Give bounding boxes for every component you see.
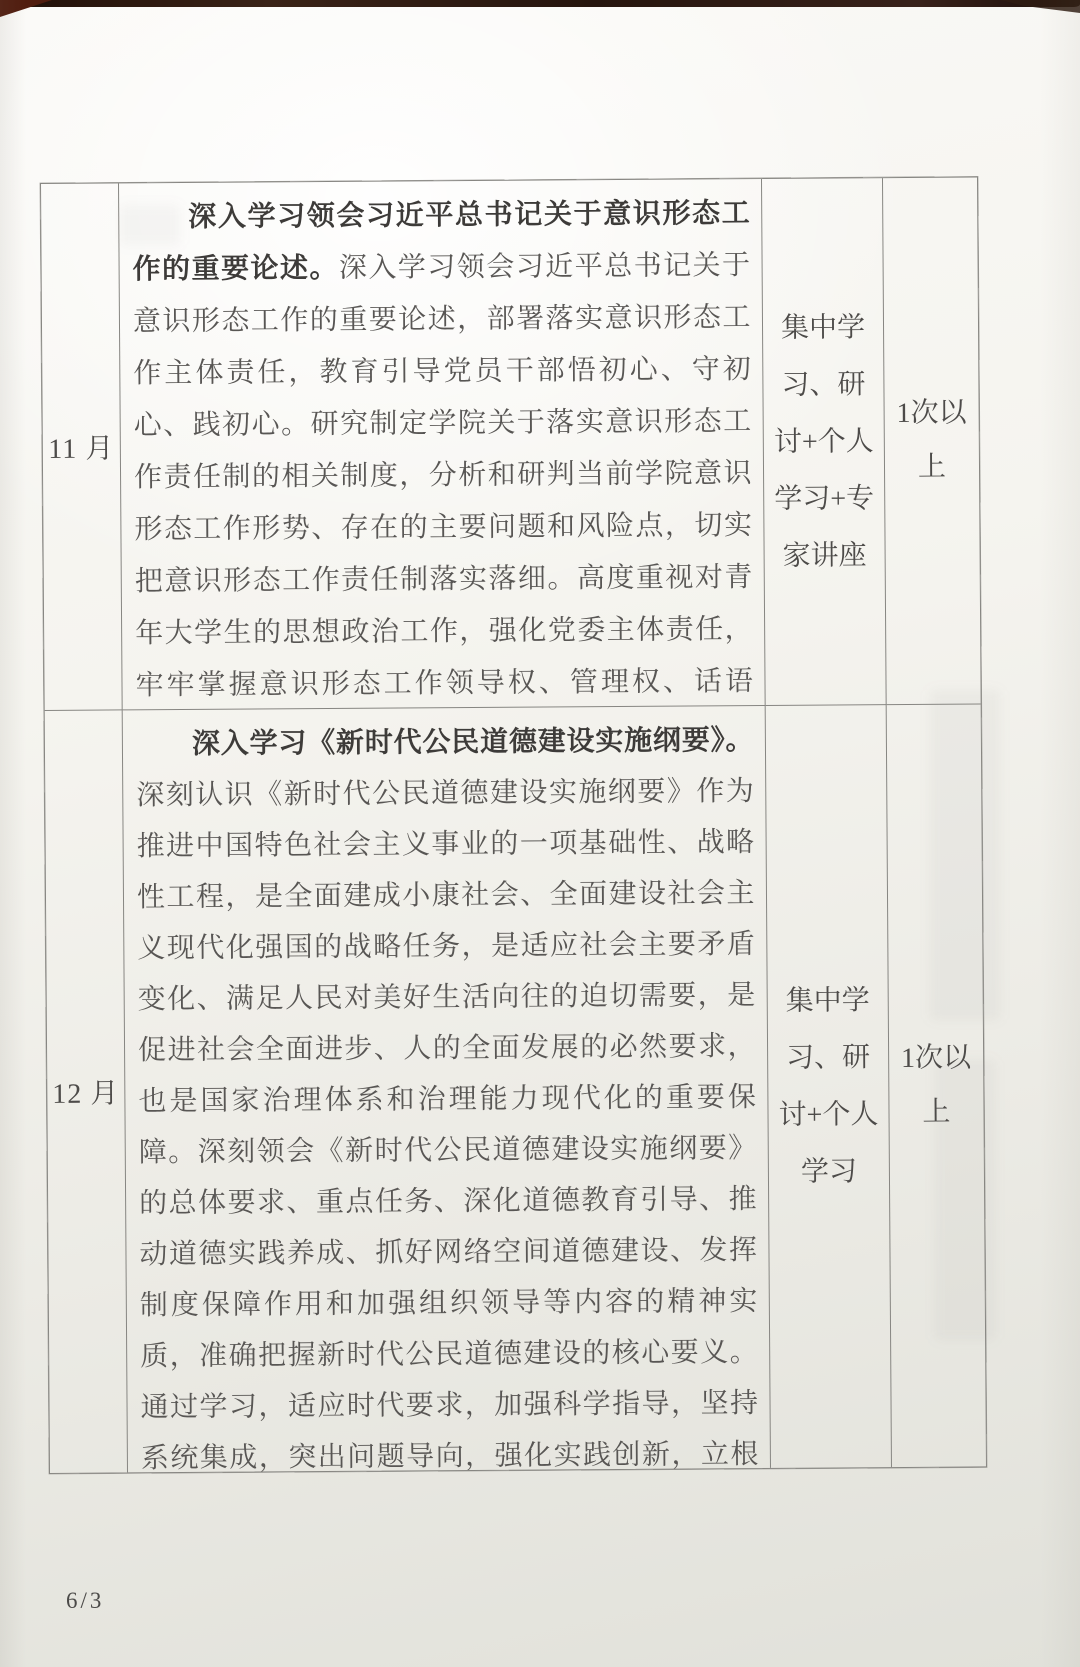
frequency-cell-november: 1次以上 <box>883 177 981 705</box>
frequency-cell-december: 1次以上 <box>887 704 986 1467</box>
study-content-paragraph: 深入学习《新时代公民道德建设实施纲要》。深刻认识《新时代公民道德建设实施纲要》作… <box>136 715 760 1472</box>
study-content-body: 深入学习领会习近平总书记关于意识形态工作的重要论述，部署落实意识形态工作主体责任… <box>133 250 754 710</box>
photo-background-top-edge <box>0 0 1080 7</box>
page-edge-shadow-left <box>0 0 26 1667</box>
study-method-text: 集中学习、研讨+个人学习 <box>773 972 885 1201</box>
schedule-table: 11 月 深入学习领会习近平总书记关于意识形态工作的重要论述。深入学习领会习近平… <box>40 176 987 1474</box>
study-content-cell-november: 深入学习领会习近平总书记关于意识形态工作的重要论述。深入学习领会习近平总书记关于… <box>119 179 766 710</box>
month-cell-december: 12 月 <box>45 710 128 1473</box>
study-method-text: 集中学习、研讨+个人学习+专家讲座 <box>768 299 880 585</box>
study-content-cell-december: 深入学习《新时代公民道德建设实施纲要》。深刻认识《新时代公民道德建设实施纲要》作… <box>123 706 771 1472</box>
study-method-cell-november: 集中学习、研讨+个人学习+专家讲座 <box>762 178 887 706</box>
frequency-text: 1次以上 <box>888 386 975 495</box>
study-content-paragraph: 深入学习领会习近平总书记关于意识形态工作的重要论述。深入学习领会习近平总书记关于… <box>132 188 754 710</box>
page-edge-shadow-right <box>1040 0 1080 1667</box>
month-cell-november: 11 月 <box>41 183 123 711</box>
study-method-cell-december: 集中学习、研讨+个人学习 <box>766 705 892 1468</box>
page-number: 6/3 <box>66 1588 104 1614</box>
study-content-body: 深刻认识《新时代公民道德建设实施纲要》作为推进中国特色社会主义事业的一项基础性、… <box>136 776 759 1472</box>
study-content-title: 深入学习《新时代公民道德建设实施纲要》。 <box>192 725 754 760</box>
frequency-text: 1次以上 <box>893 1031 980 1140</box>
